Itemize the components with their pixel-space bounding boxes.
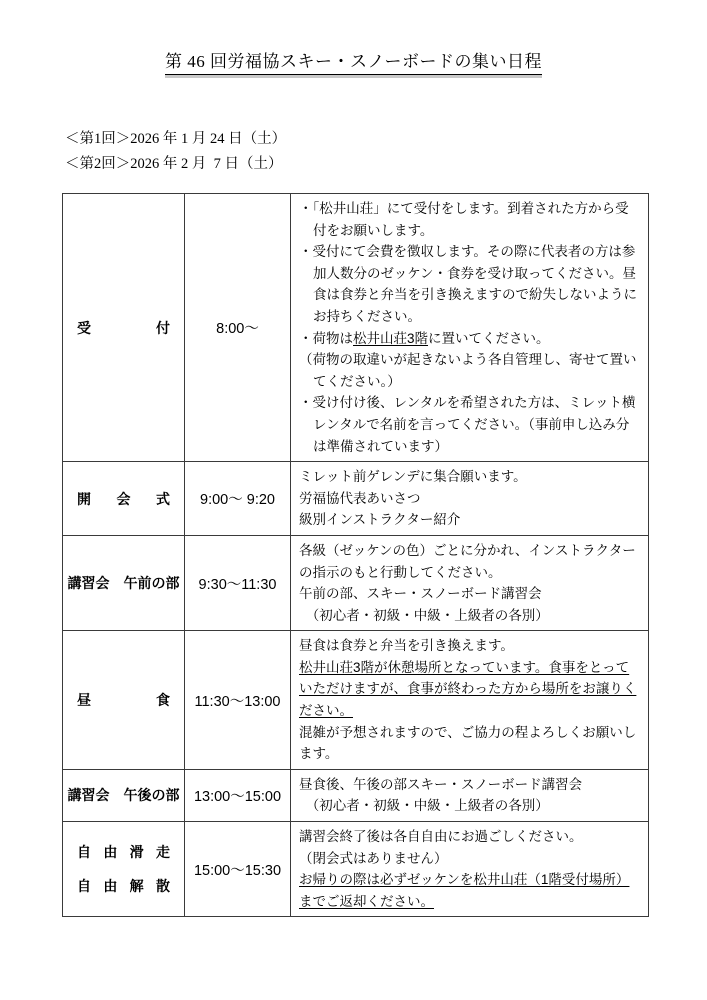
paragraph: （初心者・初級・中級・上級者の各別） [299, 795, 642, 817]
text-segment: 午前の部、スキー・スノーボード講習会 [299, 586, 542, 601]
table-row-free-ski-dismissal: 自由滑走 自由解散 15:00～15:30 講習会終了後は各自自由にお過ごしくだ… [63, 822, 649, 917]
text-segment: （荷物の取違いが起きないよう各自管理し、寄せて置いてください。） [299, 352, 637, 389]
paragraph: ・受付にて会費を徴収します。その際に代表者の方は参加人数分のゼッケン・食券を受け… [299, 241, 642, 327]
content-cell: 各級（ゼッケンの色）ごとに分かれ、インストラクターの指示のもと行動してください。… [291, 535, 649, 630]
content-cell: 昼食は食券と弁当を引き換えます。 松井山荘3階が休憩場所となっています。食事をと… [291, 631, 649, 770]
underlined-text: お帰りの際は必ずゼッケンを松井山荘（1階受付場所）までご返却ください。 [299, 872, 629, 909]
paragraph: お帰りの際は必ずゼッケンを松井山荘（1階受付場所）までご返却ください。 [299, 869, 642, 912]
text-segment: ・受け付け後、レンタルを希望された方は、ミレット横レンタルで名前を言ってください… [299, 395, 636, 453]
activity-cell: 講習会 午前の部 [63, 535, 185, 630]
paragraph: ミレット前ゲレンデに集合願います。 [299, 466, 642, 488]
activity-label: 開会式 [77, 489, 170, 509]
text-segment: ・「松井山荘」にて受付をします。到着された方から受付をお願いします。 [299, 201, 629, 238]
paragraph: 講習会終了後は各自自由にお過ごしください。 [299, 826, 642, 848]
activity-label: 講習会 午前の部 [65, 573, 182, 593]
text-segment: 労福協代表あいさつ [299, 491, 421, 506]
paragraph: 午前の部、スキー・スノーボード講習会 [299, 583, 642, 605]
time-cell: 9:30～11:30 [185, 535, 291, 630]
table-row-lunch: 昼食 11:30～13:00 昼食は食券と弁当を引き換えます。 松井山荘3階が休… [63, 631, 649, 770]
table-row-afternoon-lesson: 講習会 午後の部 13:00～15:00 昼食後、午後の部スキー・スノーボード講… [63, 769, 649, 821]
text-segment: ・荷物は [299, 331, 353, 346]
activity-label: 受付 [77, 318, 170, 338]
session-dates: ＜第1回＞2026 年 1 月 24 日（土） ＜第2回＞2026 年 2 月 … [65, 127, 286, 177]
activity-label: 自由解散 [77, 876, 170, 896]
underlined-text: 松井山荘3階 [353, 331, 428, 346]
activity-cell: 講習会 午後の部 [63, 769, 185, 821]
time-cell: 11:30～13:00 [185, 631, 291, 770]
date-line-session1: ＜第1回＞2026 年 1 月 24 日（土） [65, 127, 286, 152]
table-row-opening-ceremony: 開会式 9:00～ 9:20 ミレット前ゲレンデに集合願います。 労福協代表あい… [63, 462, 649, 536]
content-cell: 講習会終了後は各自自由にお過ごしください。 （閉会式はありません） お帰りの際は… [291, 822, 649, 917]
content-cell: ・「松井山荘」にて受付をします。到着された方から受付をお願いします。 ・受付にて… [291, 194, 649, 462]
underlined-text: 松井山荘3階が休憩場所となっています。食事をとっていただけますが、食事が終わった… [299, 660, 636, 718]
paragraph: ・「松井山荘」にて受付をします。到着された方から受付をお願いします。 [299, 198, 642, 241]
paragraph: （初心者・初級・中級・上級者の各別） [299, 605, 642, 627]
schedule-table: 受付 8:00～ ・「松井山荘」にて受付をします。到着された方から受付をお願いし… [62, 193, 649, 917]
paragraph: （荷物の取違いが起きないよう各自管理し、寄せて置いてください。） [299, 349, 642, 392]
table-row-morning-lesson: 講習会 午前の部 9:30～11:30 各級（ゼッケンの色）ごとに分かれ、インス… [63, 535, 649, 630]
time-cell: 8:00～ [185, 194, 291, 462]
table-row-reception: 受付 8:00～ ・「松井山荘」にて受付をします。到着された方から受付をお願いし… [63, 194, 649, 462]
paragraph: 松井山荘3階が休憩場所となっています。食事をとっていただけますが、食事が終わった… [299, 657, 642, 722]
paragraph: （閉会式はありません） [299, 848, 642, 870]
text-segment: （初心者・初級・中級・上級者の各別） [299, 798, 549, 813]
text-segment: 各級（ゼッケンの色）ごとに分かれ、インストラクターの指示のもと行動してください。 [299, 543, 636, 580]
paragraph: 混雑が予想されますので、ご協力の程よろしくお願いします。 [299, 722, 642, 765]
paragraph: 各級（ゼッケンの色）ごとに分かれ、インストラクターの指示のもと行動してください。 [299, 540, 642, 583]
time-cell: 13:00～15:00 [185, 769, 291, 821]
text-segment: （初心者・初級・中級・上級者の各別） [299, 608, 549, 623]
paragraph: 昼食後、午後の部スキー・スノーボード講習会 [299, 774, 642, 796]
time-cell: 15:00～15:30 [185, 822, 291, 917]
document-title: 第 46 回労福協スキー・スノーボードの集い日程 [165, 47, 542, 75]
text-segment: ミレット前ゲレンデに集合願います。 [299, 469, 527, 484]
date-line-session2: ＜第2回＞2026 年 2 月 7 日（土） [65, 152, 286, 177]
title-area: 第 46 回労福協スキー・スノーボードの集い日程 [0, 47, 707, 75]
activity-label: 講習会 午後の部 [65, 785, 182, 805]
text-segment: ・受付にて会費を徴収します。その際に代表者の方は参加人数分のゼッケン・食券を受け… [299, 244, 637, 324]
activity-cell: 受付 [63, 194, 185, 462]
text-segment: 昼食は食券と弁当を引き換えます。 [299, 638, 514, 653]
activity-cell: 開会式 [63, 462, 185, 536]
text-segment: （閉会式はありません） [299, 851, 448, 866]
time-cell: 9:00～ 9:20 [185, 462, 291, 536]
content-cell: 昼食後、午後の部スキー・スノーボード講習会 （初心者・初級・中級・上級者の各別） [291, 769, 649, 821]
text-segment: 昼食後、午後の部スキー・スノーボード講習会 [299, 777, 582, 792]
paragraph: 級別インストラクター紹介 [299, 509, 642, 531]
paragraph: 昼食は食券と弁当を引き換えます。 [299, 635, 642, 657]
paragraph: ・受け付け後、レンタルを希望された方は、ミレット横レンタルで名前を言ってください… [299, 392, 642, 457]
text-segment: に置いてください。 [428, 331, 550, 346]
content-cell: ミレット前ゲレンデに集合願います。 労福協代表あいさつ 級別インストラクター紹介 [291, 462, 649, 536]
activity-cell: 昼食 [63, 631, 185, 770]
activity-cell: 自由滑走 自由解散 [63, 822, 185, 917]
text-segment: 級別インストラクター紹介 [299, 512, 460, 527]
activity-label: 自由滑走 [77, 842, 170, 862]
activity-label: 昼食 [77, 690, 170, 710]
text-segment: 講習会終了後は各自自由にお過ごしください。 [299, 829, 583, 844]
paragraph: 労福協代表あいさつ [299, 488, 642, 510]
paragraph: ・荷物は松井山荘3階に置いてください。 [299, 328, 642, 350]
document-page: 第 46 回労福協スキー・スノーボードの集い日程 ＜第1回＞2026 年 1 月… [0, 0, 707, 1000]
text-segment: 混雑が予想されますので、ご協力の程よろしくお願いします。 [299, 725, 636, 762]
